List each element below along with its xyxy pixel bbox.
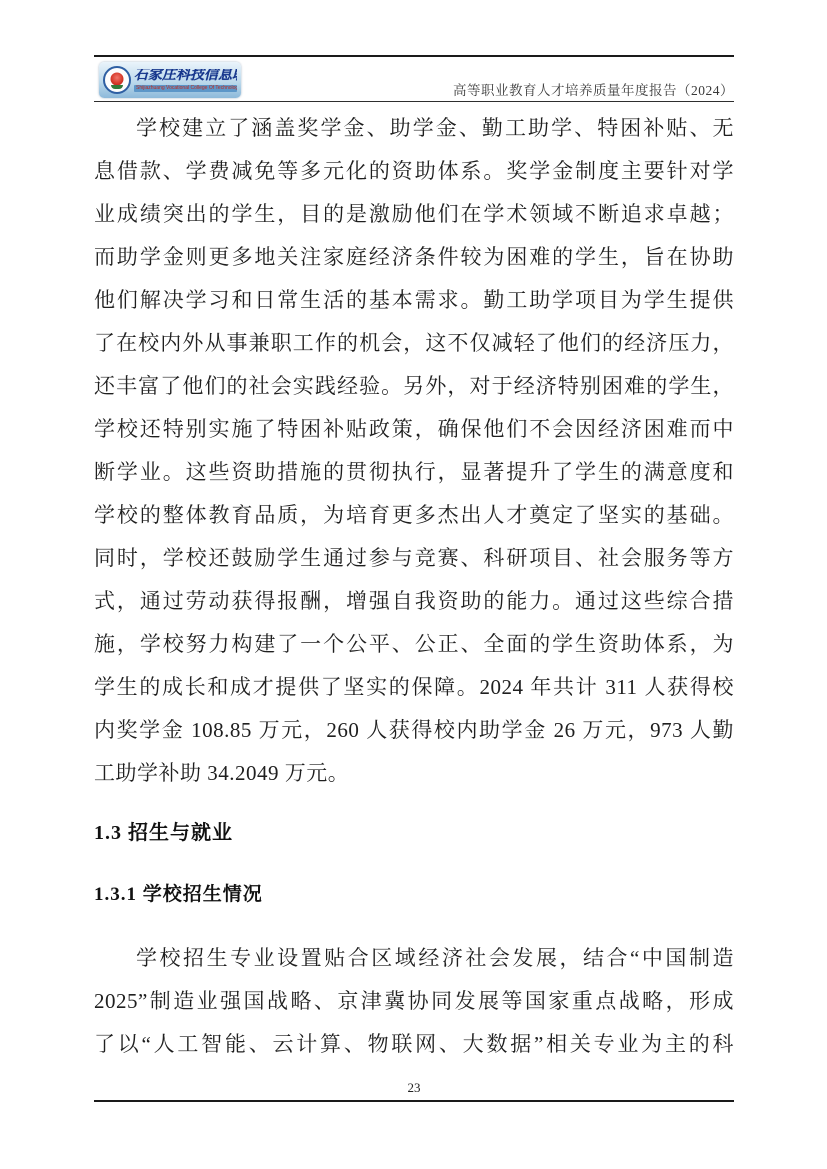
text-line: 学生的成长和成才提供了坚实的保障。2024 年共计 311 人获得校 — [94, 666, 734, 709]
header-bottom-rule — [94, 101, 734, 102]
text-line: 业成绩突出的学生，目的是激励他们在学术领域不断追求卓越； — [94, 193, 734, 236]
text-line: 学校还特别实施了特困补贴政策，确保他们不会因经济困难而中 — [94, 408, 734, 451]
emblem-base-icon — [111, 85, 123, 89]
page-number: 23 — [94, 1080, 734, 1096]
text-line: 断学业。这些资助措施的贯彻执行，显著提升了学生的满意度和 — [94, 451, 734, 494]
subsection-heading-1-3-1: 1.3.1 学校招生情况 — [94, 879, 263, 906]
footer-rule — [94, 1100, 734, 1102]
text-line: 而助学金则更多地关注家庭经济条件较为困难的学生，旨在协助 — [94, 236, 734, 279]
text-line: 息借款、学费减免等多元化的资助体系。奖学金制度主要针对学 — [94, 150, 734, 193]
text-line: 内奖学金 108.85 万元，260 人获得校内助学金 26 万元，973 人勤 — [94, 709, 734, 752]
text-line: 还丰富了他们的社会实践经验。另外，对于经济特别困难的学生， — [94, 365, 734, 408]
college-emblem-icon — [103, 66, 131, 94]
college-name-block: 石家庄科技信息职业学院 Shijiazhuang Vocational Coll… — [134, 69, 237, 92]
text-line: 他们解决学习和日常生活的基本需求。勤工助学项目为学生提供 — [94, 279, 734, 322]
header-top-rule — [94, 55, 734, 57]
text-line: 施，学校努力构建了一个公平、公正、全面的学生资助体系，为 — [94, 623, 734, 666]
college-logo: 石家庄科技信息职业学院 Shijiazhuang Vocational Coll… — [99, 62, 241, 98]
paragraph-student-aid: 学校建立了涵盖奖学金、助学金、勤工助学、特困补贴、无息借款、学费减免等多元化的资… — [94, 107, 734, 795]
text-line: 学校的整体教育品质，为培育更多杰出人才奠定了坚实的基础。 — [94, 494, 734, 537]
text-line: 式，通过劳动获得报酬，增强自我资助的能力。通过这些综合措 — [94, 580, 734, 623]
text-line: 了在校内外从事兼职工作的机会，这不仅减轻了他们的经济压力， — [94, 322, 734, 365]
section-heading-1-3: 1.3 招生与就业 — [94, 816, 233, 845]
report-title: 高等职业教育人才培养质量年度报告（2024） — [453, 79, 734, 99]
paragraph-enrollment: 学校招生专业设置贴合区域经济社会发展，结合“中国制造2025”制造业强国战略、京… — [94, 937, 734, 1066]
text-line: 工助学补助 34.2049 万元。 — [94, 752, 734, 795]
college-name-zh: 石家庄科技信息职业学院 — [134, 69, 237, 83]
emblem-flower-icon — [111, 73, 124, 86]
page-content: 石家庄科技信息职业学院 Shijiazhuang Vocational Coll… — [94, 0, 734, 1169]
text-line: 同时，学校还鼓励学生通过参与竞赛、科研项目、社会服务等方 — [94, 537, 734, 580]
text-line: 学校建立了涵盖奖学金、助学金、勤工助学、特困补贴、无 — [94, 107, 734, 150]
document-page: 石家庄科技信息职业学院 Shijiazhuang Vocational Coll… — [0, 0, 827, 1169]
text-line: 了以“人工智能、云计算、物联网、大数据”相关专业为主的科 — [94, 1023, 734, 1066]
text-line: 学校招生专业设置贴合区域经济社会发展，结合“中国制造 — [94, 937, 734, 980]
college-name-en: Shijiazhuang Vocational College Of Techn… — [134, 85, 237, 92]
text-line: 2025”制造业强国战略、京津冀协同发展等国家重点战略，形成 — [94, 980, 734, 1023]
